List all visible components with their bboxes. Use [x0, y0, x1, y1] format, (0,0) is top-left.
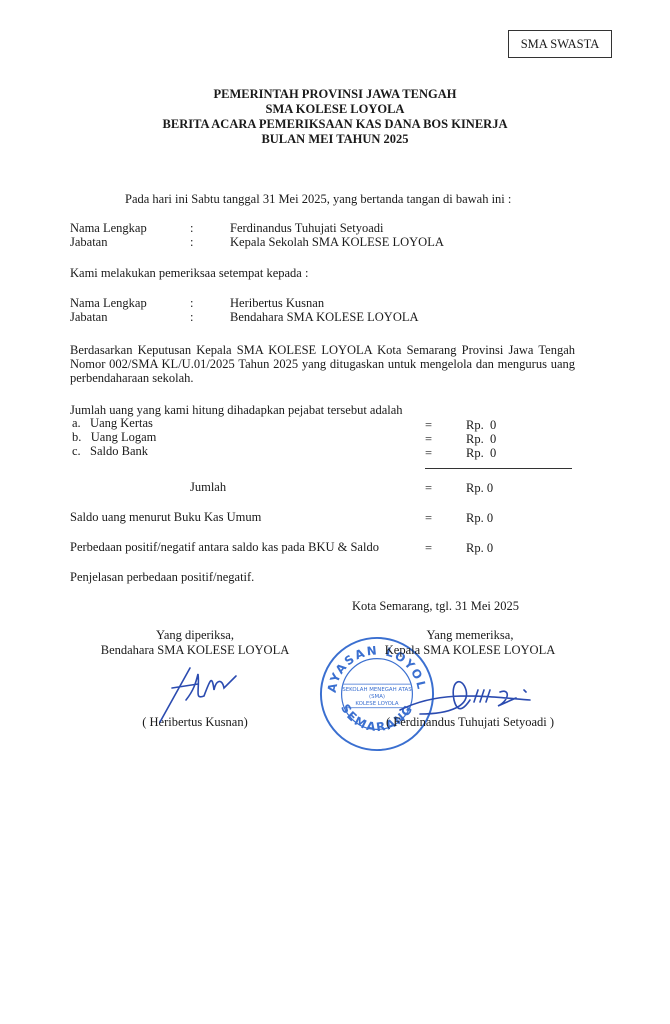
examinee-name-label: Nama Lengkap [70, 296, 147, 311]
examinee-role: Bendahara SMA KOLESE LOYOLA [230, 310, 419, 325]
item-value: Rp. 0 [466, 446, 496, 461]
explanation-label: Penjelasan perbedaan positif/negatif. [70, 570, 254, 585]
header-period: BULAN MEI TAHUN 2025 [0, 132, 670, 147]
examiner-name: Ferdinandus Tuhujati Setyoadi [230, 221, 383, 236]
equals-sign: = [425, 481, 432, 496]
principal-signature [380, 670, 540, 730]
item-label: b. Uang Logam [72, 430, 156, 445]
header-title: BERITA ACARA PEMERIKSAAN KAS DANA BOS KI… [0, 117, 670, 132]
left-caption: Yang diperiksa, [80, 628, 310, 643]
right-role: Kepala SMA KOLESE LOYOLA [355, 643, 585, 658]
equals-sign: = [425, 418, 432, 433]
examinee-name: Heribertus Kusnan [230, 296, 324, 311]
difference-label: Perbedaan positif/negatif antara saldo k… [70, 540, 379, 555]
intro-text: Pada hari ini Sabtu tanggal 31 Mei 2025,… [125, 192, 511, 207]
item-label: c. Saldo Bank [72, 444, 148, 459]
equals-sign: = [425, 511, 432, 526]
header-government: PEMERINTAH PROVINSI JAWA TENGAH [0, 87, 670, 102]
item-value: Rp. 0 [466, 432, 496, 447]
header-school: SMA KOLESE LOYOLA [0, 102, 670, 117]
examinee-role-label: Jabatan [70, 310, 107, 325]
difference-value: Rp. 0 [466, 541, 493, 556]
decree-paragraph: Berdasarkan Keputusan Kepala SMA KOLESE … [70, 343, 575, 385]
examiner-name-label: Nama Lengkap [70, 221, 147, 236]
examiner-role-label: Jabatan [70, 235, 107, 250]
sum-rule [425, 468, 572, 469]
item-label: a. Uang Kertas [72, 416, 153, 431]
colon: : [190, 235, 193, 250]
colon: : [190, 296, 193, 311]
total-label: Jumlah [190, 480, 226, 495]
bku-value: Rp. 0 [466, 511, 493, 526]
equals-sign: = [425, 446, 432, 461]
examiner-role: Kepala Sekolah SMA KOLESE LOYOLA [230, 235, 444, 250]
bku-label: Saldo uang menurut Buku Kas Umum [70, 510, 261, 525]
right-caption: Yang memeriksa, [355, 628, 585, 643]
place-date: Kota Semarang, tgl. 31 Mei 2025 [352, 599, 519, 614]
school-type-badge: SMA SWASTA [508, 30, 612, 58]
treasurer-signature [150, 660, 260, 730]
item-value: Rp. 0 [466, 418, 496, 433]
left-role: Bendahara SMA KOLESE LOYOLA [80, 643, 310, 658]
equals-sign: = [425, 432, 432, 447]
colon: : [190, 221, 193, 236]
colon: : [190, 310, 193, 325]
inspection-intro: Kami melakukan pemeriksaa setempat kepad… [70, 266, 308, 281]
equals-sign: = [425, 541, 432, 556]
total-value: Rp. 0 [466, 481, 493, 496]
